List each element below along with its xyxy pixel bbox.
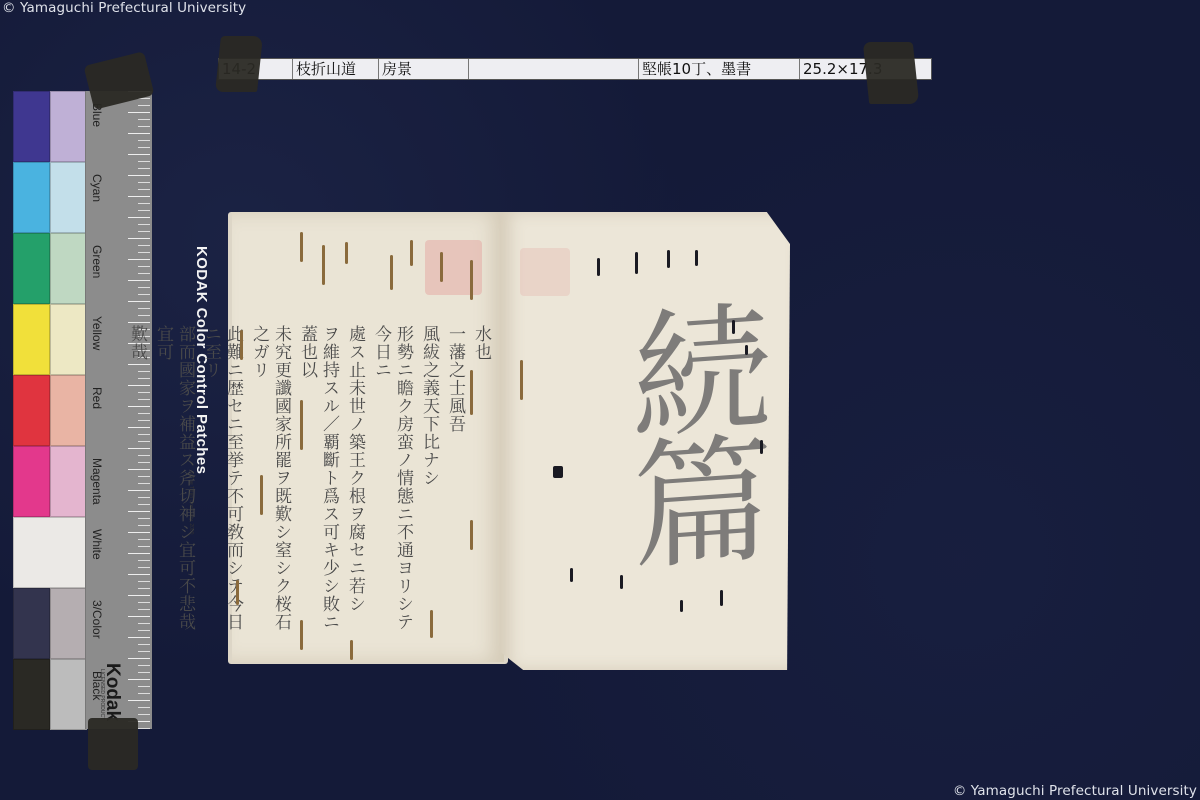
text-column: 形勢ニ瞻ク房蛮ノ情態ニ不通ヨリシテ今日ニ [370,325,414,645]
patch-label: White [90,529,104,560]
color-patch-cyan-dark [13,162,50,233]
color-patch-green-light [50,233,87,304]
worm-hole [732,320,735,334]
worm-hole [635,252,638,274]
color-patch-blue-light [50,91,87,162]
color-patch-white [13,517,87,588]
worm-hole [470,370,473,415]
worm-hole [720,590,723,606]
label-cell: 枝折山道 [293,59,379,79]
worm-hole [345,242,348,264]
text-column: 歎哉 [126,325,148,645]
kodak-licensed: LICENSED PRODUCT [99,669,105,720]
catalog-label: 14-2枝折山道房景堅帳10丁、墨書25.2×17.3 [218,58,932,80]
color-patch-yellow-light [50,304,87,375]
worm-hole [680,600,683,612]
color-patch-blue-dark [13,91,50,162]
worm-hole [390,255,393,290]
worm-hole [760,440,763,454]
worm-hole [470,260,473,300]
tape-piece [863,42,920,104]
patch-label: Green [90,245,104,278]
text-column: 一藩之士風吾 [444,325,466,645]
worm-hole [236,580,239,605]
worm-hole [322,245,325,285]
worm-hole [350,640,353,660]
label-cell [469,59,639,79]
worm-hole [620,575,623,589]
text-column: ヲ維持スル／覇斷ト爲ス可キ少シ敗ニ蓋也以 [296,325,340,645]
color-patch-black-light [50,659,87,730]
color-chart [13,91,87,729]
patch-label: Yellow [90,316,104,350]
color-patch-magenta-light [50,446,87,517]
worm-hole [570,568,573,582]
color-patch-cyan-light [50,162,87,233]
color-patch-red-dark [13,375,50,446]
patch-label: Red [90,387,104,409]
color-patch-red-light [50,375,87,446]
red-seal-stamp-faded [520,248,570,296]
worm-hole [410,240,413,266]
worm-hole [240,330,243,360]
worm-hole [597,258,600,276]
heading-column: 水也 [470,325,492,645]
worm-hole [667,250,670,268]
color-patch-3-color-light [50,588,87,659]
text-column: 風紱之義天下比ナシ [418,325,440,645]
patch-label: 3/Color [90,600,104,639]
red-seal-stamp [425,240,482,295]
worm-hole [553,466,563,478]
label-cell: 房景 [379,59,469,79]
left-page-text: 水也一藩之士風吾風紱之義天下比ナシ形勢ニ瞻ク房蛮ノ情態ニ不通ヨリシテ今日ニ處ス止… [232,325,500,645]
copyright-top: © Yamaguchi Prefectural University [2,0,246,16]
tape-piece [215,36,263,92]
tape-piece [88,718,138,770]
label-cell: 堅帳10丁、墨書 [639,59,800,79]
worm-hole [260,475,263,515]
color-patch-3-color-dark [13,588,50,659]
text-column: 處ス止未世ノ築王ク根ヲ腐セニ若シ [344,325,366,645]
patch-label: Magenta [90,458,104,505]
worm-hole [440,252,443,282]
worm-hole [300,232,303,262]
color-patch-yellow-dark [13,304,50,375]
text-column: 未究更讖國家所罷ヲ既歎シ窒シク桜石之ガリ [248,325,292,645]
worm-hole [745,345,748,355]
worm-hole [695,250,698,266]
color-patch-black-dark [13,659,50,730]
worm-hole [300,400,303,450]
worm-hole [430,610,433,638]
patch-label: Cyan [90,174,104,202]
color-patch-green-dark [13,233,50,304]
color-patch-magenta-dark [13,446,50,517]
cover-calligraphy: 続篇 [590,293,791,567]
worm-hole [300,620,303,650]
text-column: 部而國家ヲ補益ス斧切神シ宜可不悲哉宜可 [152,325,196,645]
worm-hole [470,520,473,550]
copyright-bottom: © Yamaguchi Prefectural University [953,783,1197,799]
worm-hole [520,360,523,400]
